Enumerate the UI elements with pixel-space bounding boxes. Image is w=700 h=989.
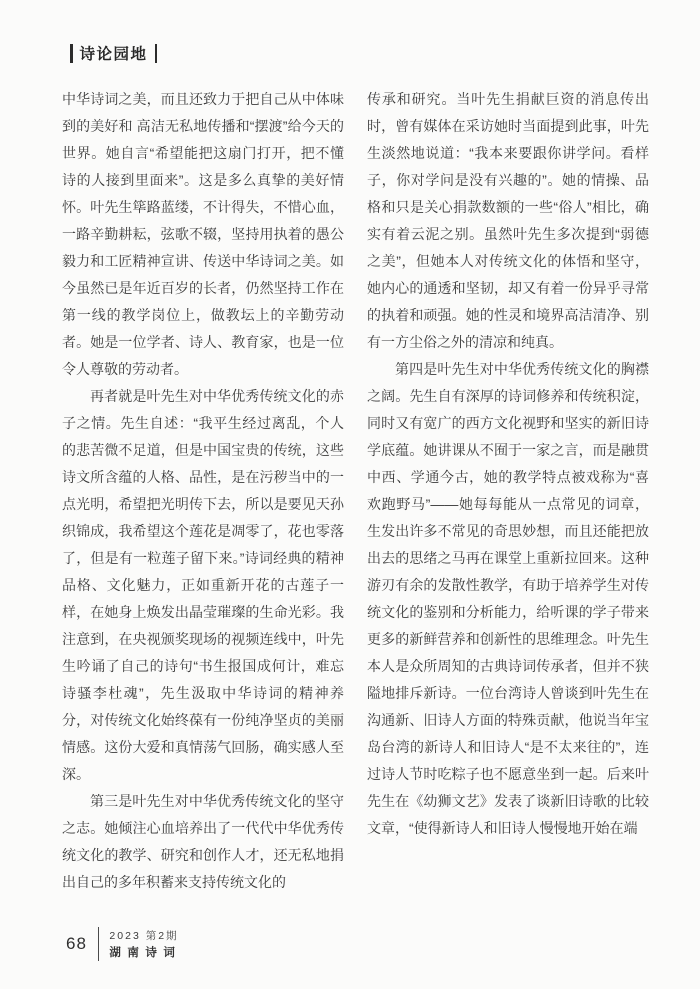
section-header: 诗论园地 bbox=[70, 42, 157, 64]
right-column: 传承和研究。当叶先生捐献巨资的消息传出时，曾有媒体在采访她时当面提到此事，叶先生… bbox=[367, 86, 649, 896]
left-column: 中华诗词之美，而且还致力于把自己从中体味到的美好和 高洁无私地传播和“摆渡”给今… bbox=[62, 86, 344, 896]
header-bar-right-icon bbox=[155, 44, 158, 63]
issue-label: 2023 第2期 bbox=[109, 928, 181, 943]
journal-name: 湖南诗词 bbox=[109, 944, 181, 960]
magazine-page: 诗论园地 中华诗词之美，而且还致力于把自己从中体味到的美好和 高洁无私地传播和“… bbox=[0, 0, 700, 989]
issue-block: 2023 第2期 湖南诗词 bbox=[109, 928, 181, 960]
section-title: 诗论园地 bbox=[80, 42, 148, 64]
paragraph: 第四是叶先生对中华优秀传统文化的胸襟之阔。先生自有深厚的诗词修养和传统积淀，同时… bbox=[367, 356, 649, 842]
paragraph: 再者就是叶先生对中华优秀传统文化的赤子之情。先生自述：“我平生经过离乱，个人的悲… bbox=[62, 383, 344, 788]
header-bar-left-icon bbox=[70, 44, 73, 63]
paragraph: 第三是叶先生对中华优秀传统文化的坚守之志。她倾注心血培养出了一代代中华优秀传统文… bbox=[62, 788, 344, 896]
text-columns: 中华诗词之美，而且还致力于把自己从中体味到的美好和 高洁无私地传播和“摆渡”给今… bbox=[62, 86, 649, 896]
footer-divider bbox=[98, 927, 100, 961]
paragraph: 传承和研究。当叶先生捐献巨资的消息传出时，曾有媒体在采访她时当面提到此事，叶先生… bbox=[367, 86, 649, 356]
page-footer: 68 2023 第2期 湖南诗词 bbox=[66, 927, 181, 961]
paragraph: 中华诗词之美，而且还致力于把自己从中体味到的美好和 高洁无私地传播和“摆渡”给今… bbox=[62, 86, 344, 383]
page-number: 68 bbox=[66, 934, 98, 954]
